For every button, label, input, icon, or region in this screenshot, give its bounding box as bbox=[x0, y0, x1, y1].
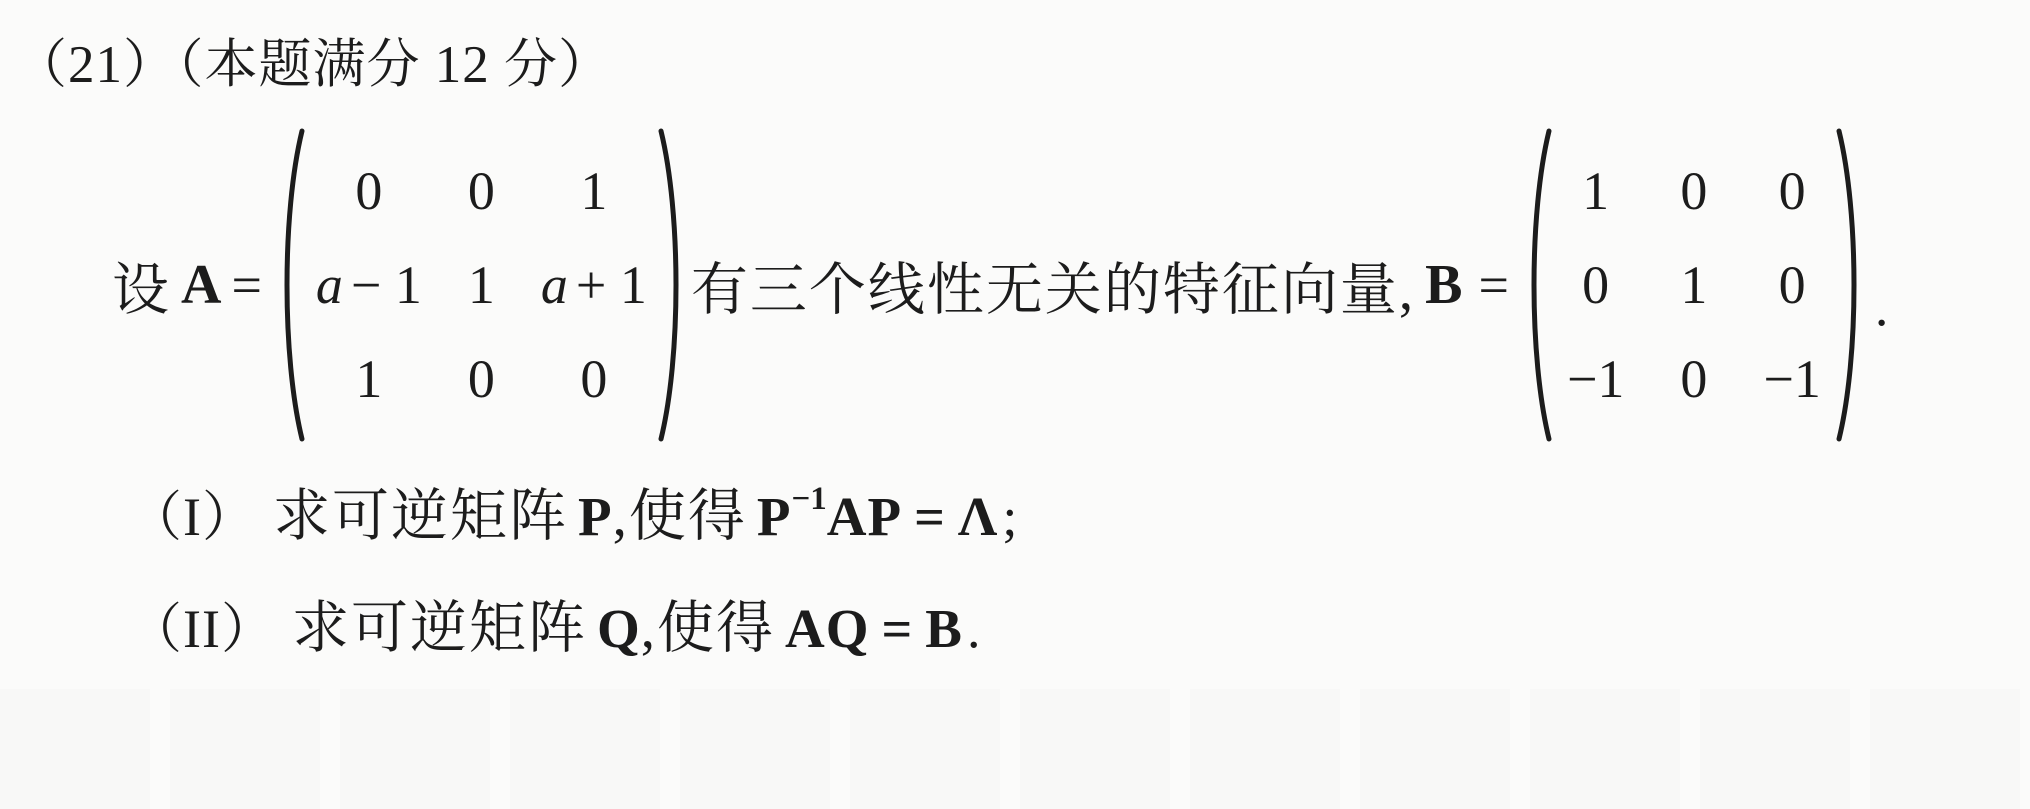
ap-product: AP bbox=[827, 486, 902, 547]
matrix-b-symbol: B bbox=[1425, 253, 1462, 317]
left-paren-icon bbox=[1523, 125, 1553, 445]
cell-expression: + 1 bbox=[574, 255, 647, 315]
equals-sign: = bbox=[914, 487, 946, 547]
matrix-a-cell: a− 1 bbox=[316, 254, 422, 316]
equals-sign-b: = bbox=[1478, 254, 1508, 316]
matrix-a-cell: 1 bbox=[580, 160, 607, 222]
variable-a: a bbox=[316, 255, 349, 315]
matrix-b-cells: 1 0 0 0 1 0 −1 0 −1 bbox=[1567, 160, 1821, 410]
matrix-p-symbol: P bbox=[578, 486, 613, 547]
matrix-a-cells: 0 0 1 a− 1 1 a+ 1 1 0 0 bbox=[316, 160, 647, 410]
sub-question-2-ask: 求可逆矩阵 bbox=[292, 597, 587, 660]
variable-a: a bbox=[541, 255, 574, 315]
matrix-b-cell: −1 bbox=[1567, 348, 1624, 410]
sub-question-2-connector: ,使得 bbox=[641, 597, 775, 660]
equals-sign-a: = bbox=[231, 254, 261, 316]
matrix-b-cell: 0 bbox=[1582, 254, 1609, 316]
semicolon: ; bbox=[1002, 487, 1018, 547]
right-paren-icon bbox=[1835, 125, 1865, 445]
equals-sign: = bbox=[882, 599, 914, 659]
matrix-a-cell: 0 bbox=[468, 160, 495, 222]
left-paren-icon bbox=[276, 125, 306, 445]
right-paren-icon bbox=[657, 125, 687, 445]
matrix-b: 1 0 0 0 1 0 −1 0 −1 bbox=[1523, 125, 1865, 445]
sub-question-1: （I）求可逆矩阵P,使得P−1AP=Λ; bbox=[128, 470, 1018, 552]
matrix-a-cell: 0 bbox=[355, 160, 382, 222]
lead-text: 设 bbox=[112, 244, 171, 326]
condition-text: 有三个线性无关的特征向量, bbox=[691, 244, 1415, 326]
matrix-b-cell: 1 bbox=[1680, 254, 1707, 316]
matrix-a: 0 0 1 a− 1 1 a+ 1 1 0 0 bbox=[276, 125, 687, 445]
sub-question-1-label: （I） bbox=[128, 487, 257, 547]
sub-question-2-label: （II） bbox=[128, 599, 276, 659]
matrix-b-cell: 0 bbox=[1779, 254, 1806, 316]
aq-product: AQ bbox=[785, 598, 870, 659]
matrix-a-cell: 0 bbox=[580, 348, 607, 410]
matrix-q-symbol: Q bbox=[597, 598, 641, 659]
matrix-b-cell: 1 bbox=[1582, 160, 1609, 222]
sub-question-2: （II）求可逆矩阵Q,使得AQ=B. bbox=[128, 582, 981, 664]
matrix-b-cell: 0 bbox=[1680, 348, 1707, 410]
cell-expression: − 1 bbox=[349, 255, 422, 315]
matrix-b-result-symbol: B bbox=[925, 598, 963, 659]
p-inverse-base: P bbox=[757, 486, 792, 547]
main-formula: 设 A = 0 0 1 a− 1 1 a+ 1 1 0 0 有三个线性无关的特征… bbox=[112, 118, 1888, 452]
matrix-a-cell: 1 bbox=[355, 348, 382, 410]
exam-question-page: （21）（本题满分 12 分） 设 A = 0 0 1 a− 1 1 a+ 1 … bbox=[0, 0, 2030, 809]
sub-question-1-connector: ,使得 bbox=[613, 485, 747, 548]
matrix-a-cell: 1 bbox=[468, 254, 495, 316]
matrix-b-cell: 0 bbox=[1680, 160, 1707, 222]
matrix-a-cell: 0 bbox=[468, 348, 495, 410]
inverse-exponent: −1 bbox=[791, 481, 826, 517]
matrix-a-cell: a+ 1 bbox=[541, 254, 647, 316]
full-stop: . bbox=[967, 599, 982, 659]
sentence-period: . bbox=[1875, 276, 1889, 338]
matrix-a-symbol: A bbox=[181, 253, 221, 317]
matrix-b-cell: 0 bbox=[1779, 160, 1806, 222]
matrix-b-cell: −1 bbox=[1763, 348, 1820, 410]
sub-question-1-ask: 求可逆矩阵 bbox=[273, 485, 568, 548]
question-header: （21）（本题满分 12 分） bbox=[14, 22, 612, 98]
lambda-symbol: Λ bbox=[958, 486, 998, 547]
